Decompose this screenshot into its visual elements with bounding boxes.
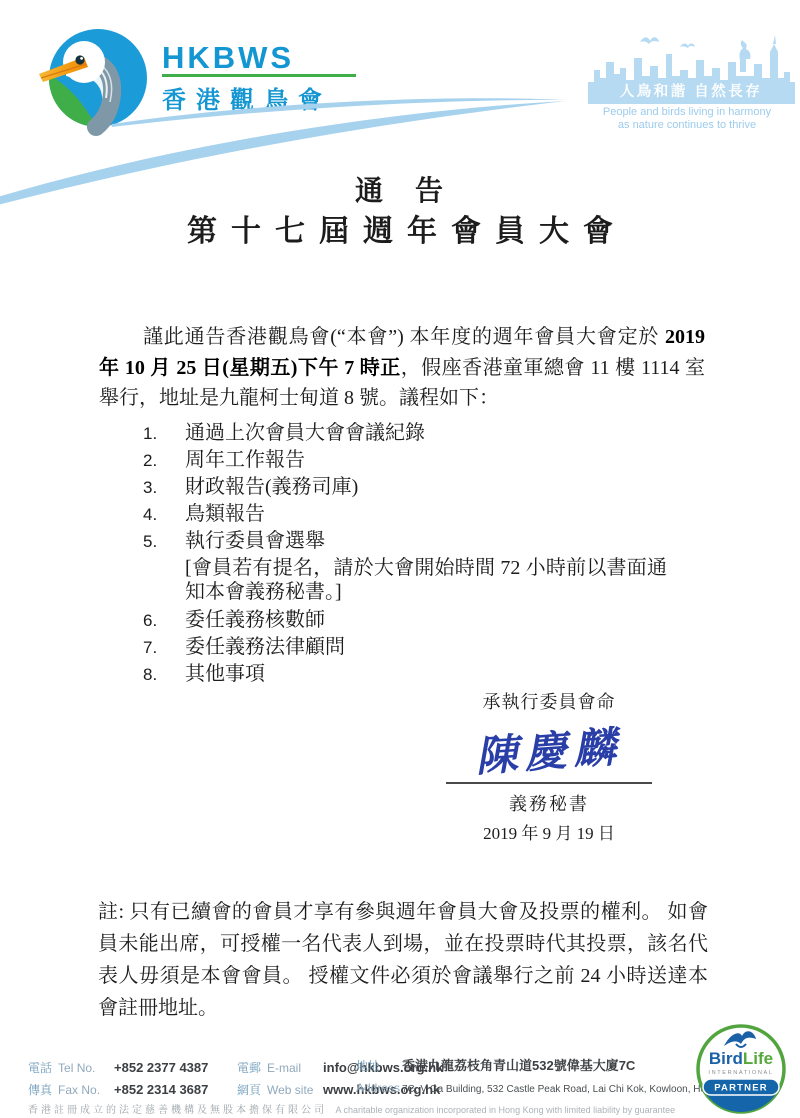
agenda-number: 3. xyxy=(143,474,185,501)
tel-value: +852 2377 4387 xyxy=(114,1060,208,1076)
svg-text:BirdLife: BirdLife xyxy=(709,1049,773,1068)
birdlife-word-bird: Bird xyxy=(709,1049,743,1068)
web-label-zh: 網頁 xyxy=(237,1082,261,1098)
agenda-number: 6. xyxy=(143,607,185,634)
agenda-number: 1. xyxy=(143,420,185,447)
agenda-item-4: 4. 鳥類報告 xyxy=(143,501,691,528)
fax-label-zh: 傳真 xyxy=(28,1082,52,1098)
agenda-text: 委任義務法律顧問 xyxy=(185,634,345,661)
birdlife-word-life: Life xyxy=(743,1049,773,1068)
agenda-text: 財政報告(義務司庫) xyxy=(185,474,358,501)
remark-paragraph: 註: 只有已續會的會員才享有參與週年會員大會及投票的權利。 如會員未能出席，可授… xyxy=(98,896,708,1024)
notice-subtitle: 第十七屆週年會員大會 xyxy=(0,206,800,250)
notice-date: 2019 年 9 月 19 日 xyxy=(428,819,670,844)
agenda-number: 8. xyxy=(143,661,185,688)
address-value-zh: 香港九龍荔枝角青山道532號偉基大廈7C xyxy=(402,1058,635,1074)
birdlife-international-label: INTERNATIONAL xyxy=(708,1070,773,1076)
tel-label-en: Tel No. xyxy=(58,1060,106,1076)
agenda-item-7: 7. 委任義務法律顧問 xyxy=(143,634,691,661)
fax-value: +852 2314 3687 xyxy=(114,1082,208,1098)
tel-row: 電話 Tel No. +852 2377 4387 xyxy=(28,1060,208,1076)
intro-paragraph: 謹此通告香港觀鳥會(“本會”) 本年度的週年會員大會定於 2019 年 10 月… xyxy=(99,322,705,414)
birdlife-partner-logo: BirdLife INTERNATIONAL PARTNER xyxy=(686,1022,796,1116)
birdlife-partner-badge: PARTNER xyxy=(714,1083,768,1094)
nomination-note: [會員若有提名，請於大會開始時間 72 小時前以書面通知本會義務秘書。] xyxy=(185,555,667,607)
agenda-item-5: 5. 執行委員會選舉 [會員若有提名，請於大會開始時間 72 小時前以書面通知本… xyxy=(143,528,691,607)
agenda-item-8: 8. 其他事項 xyxy=(143,661,691,688)
agenda-text: 執行委員會選舉 xyxy=(185,528,325,555)
agenda-text: 委任義務核數師 xyxy=(185,607,325,634)
agenda-text: 其他事項 xyxy=(185,661,265,688)
web-label-en: Web site xyxy=(267,1082,315,1098)
charity-disclaimer-en: A charitable organization incorporated i… xyxy=(335,1105,675,1115)
agenda-number: 7. xyxy=(143,634,185,661)
notice-document: HKBWS 香港觀鳥會 人鳥和諧 自然長存 People and birds l… xyxy=(0,0,800,1118)
agenda-item-2: 2. 周年工作報告 xyxy=(143,447,691,474)
intro-part1: 謹此通告香港觀鳥會(“本會”) 本年度的週年會員大會定於 xyxy=(143,326,665,348)
footer-phone-column: 電話 Tel No. +852 2377 4387 傳真 Fax No. +85… xyxy=(28,1060,208,1104)
agenda-text: 周年工作報告 xyxy=(185,447,305,474)
org-acronym: HKBWS xyxy=(162,42,356,73)
notice-title: 通 告 xyxy=(0,169,800,209)
charity-disclaimer-zh: 香港註冊成立的法定慈善機構及無股本擔保有限公司 xyxy=(28,1105,327,1116)
agenda-list: 1. 通過上次會員大會會議紀錄 2. 周年工作報告 3. 財政報告(義務司庫) … xyxy=(143,420,691,688)
agenda-text: 鳥類報告 xyxy=(185,501,265,528)
charity-disclaimer: 香港註冊成立的法定慈善機構及無股本擔保有限公司 A charitable org… xyxy=(28,1100,675,1118)
address-label-zh: 地址 xyxy=(356,1058,398,1074)
agenda-text: 通過上次會員大會會議紀錄 xyxy=(185,420,425,447)
agenda-number: 4. xyxy=(143,501,185,528)
agenda-number: 2. xyxy=(143,447,185,474)
signature-block: 承執行委員會命 陳慶麟 義務秘書 2019 年 9 月 19 日 xyxy=(428,688,670,844)
address-label-en: Address xyxy=(356,1080,398,1096)
agenda-number: 5. xyxy=(143,528,185,555)
agenda-item-3: 3. 財政報告(義務司庫) xyxy=(143,474,691,501)
agenda-item-1: 1. 通過上次會員大會會議紀錄 xyxy=(143,420,691,447)
by-order-line: 承執行委員會命 xyxy=(428,688,670,714)
agenda-item-6: 6. 委任義務核數師 xyxy=(143,607,691,634)
handwritten-signature: 陳慶麟 xyxy=(426,716,671,791)
fax-row: 傳真 Fax No. +852 2314 3687 xyxy=(28,1082,208,1098)
email-label-en: E-mail xyxy=(267,1060,315,1076)
email-label-zh: 電郵 xyxy=(237,1060,261,1076)
tel-label-zh: 電話 xyxy=(28,1060,52,1076)
fax-label-en: Fax No. xyxy=(58,1082,106,1098)
signer-role: 義務秘書 xyxy=(428,790,670,816)
